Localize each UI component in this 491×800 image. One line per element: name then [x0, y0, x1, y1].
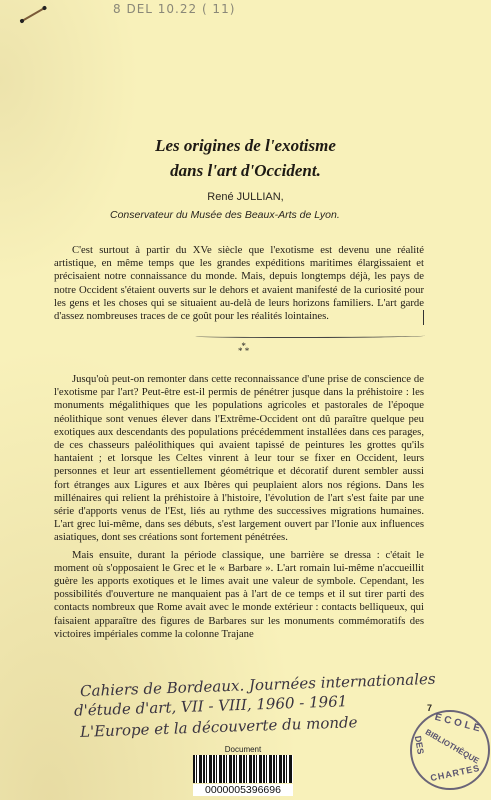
author-affiliation: Conservateur du Musée des Beaux-Arts de …: [110, 209, 340, 221]
archive-shelfmark: 8 DEL 10.22 ( 11): [113, 2, 235, 16]
page-number: 7: [427, 703, 432, 713]
author-name: René JULLIAN,: [0, 191, 491, 203]
library-stamp: ECOLE BIBLIOTHÈQUE DES CHARTES: [410, 710, 490, 790]
pencil-underline-mark: [195, 334, 425, 338]
paragraph-2: Jusqu'où peut-on remonter dans cette rec…: [54, 373, 424, 545]
pencil-margin-mark: [423, 310, 424, 325]
paragraph-3: Mais ensuite, durant la période classiqu…: [54, 549, 424, 641]
title-line-2: dans l'art d'Occident.: [0, 158, 491, 183]
section-separator-asterism: ** *: [238, 344, 249, 354]
stamp-text-bibliotheque: BIBLIOTHÈQUE: [424, 727, 481, 765]
paragraph-1: C'est surtout à partir du XVe siècle que…: [54, 244, 424, 323]
stamp-text-ecole: ECOLE: [433, 712, 484, 735]
barcode-icon: [193, 755, 293, 783]
stamp-text-des: DES: [413, 735, 426, 755]
scanned-page: 8 DEL 10.22 ( 11) Les origines de l'exot…: [0, 0, 491, 800]
barcode-label: Document 0000005396696: [193, 745, 293, 796]
barcode-number: 0000005396696: [193, 784, 293, 796]
stamp-text-chartes: CHARTES: [430, 763, 481, 783]
title-line-1: Les origines de l'exotisme: [0, 133, 491, 158]
main-section: Jusqu'où peut-on remonter dans cette rec…: [54, 373, 424, 645]
staple-mark: [22, 7, 46, 22]
intro-section: C'est surtout à partir du XVe siècle que…: [54, 244, 424, 327]
article-title: Les origines de l'exotisme dans l'art d'…: [0, 133, 491, 183]
barcode-caption: Document: [193, 745, 293, 754]
